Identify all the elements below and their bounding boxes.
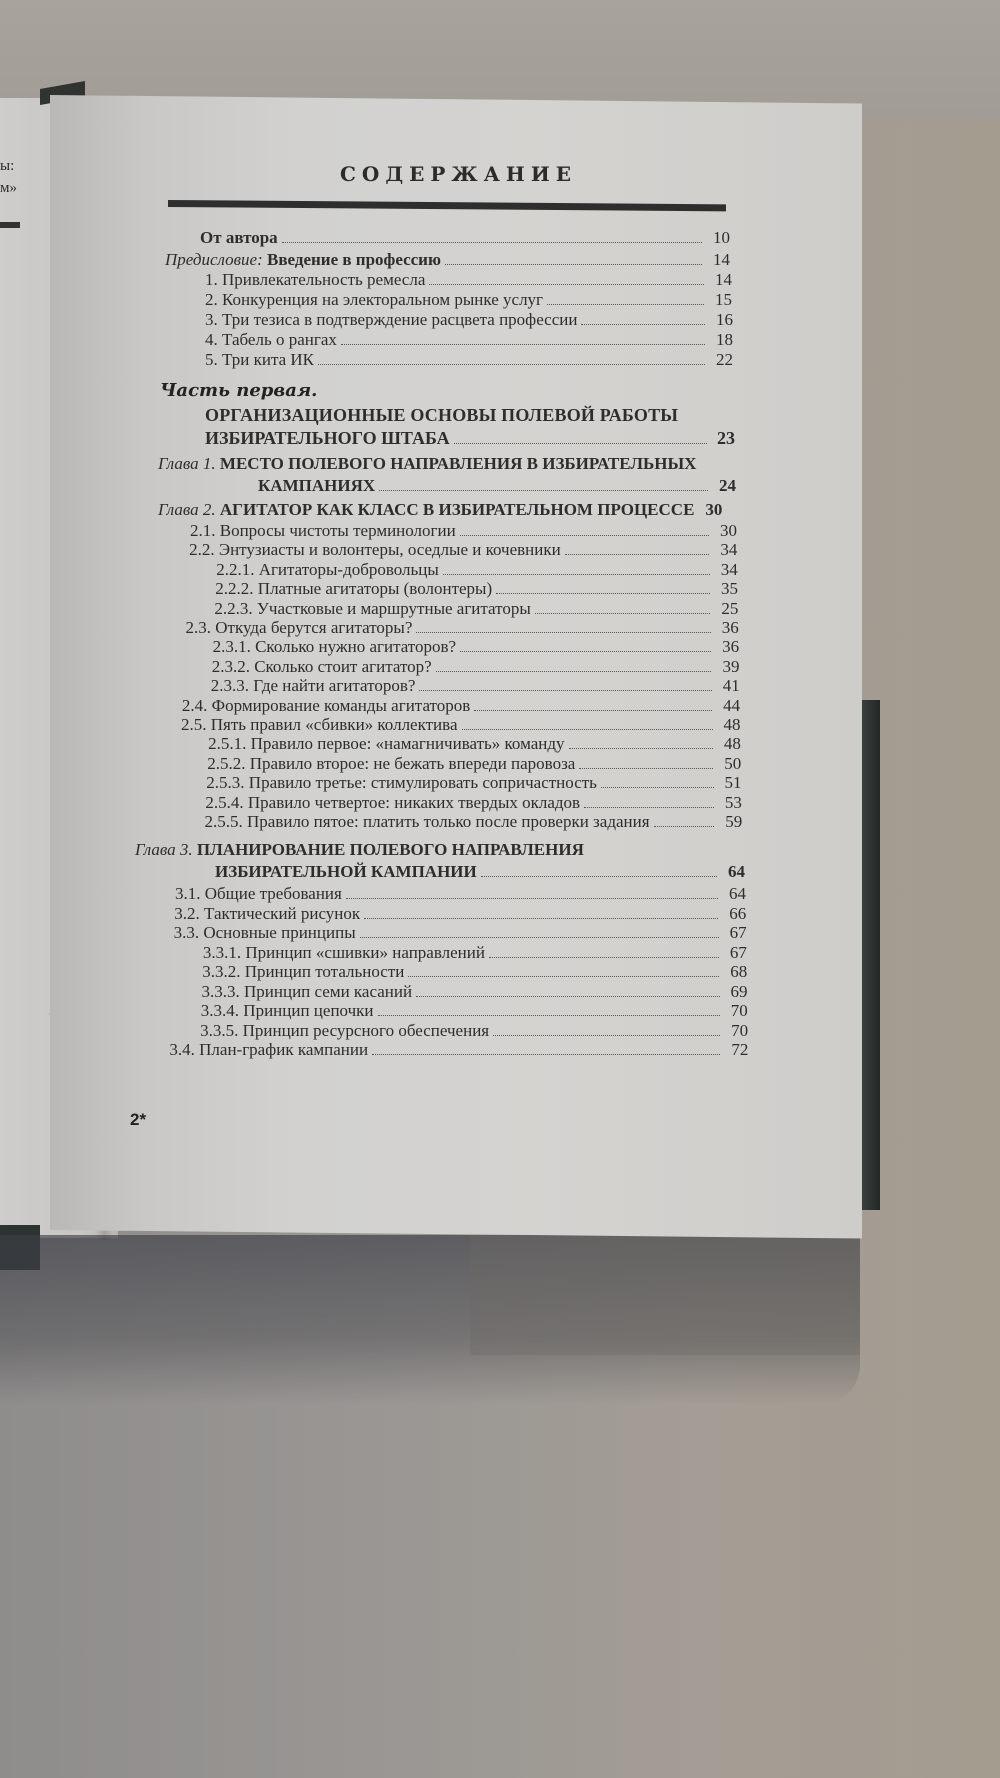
dot-leader: [460, 651, 711, 652]
toc-entry: 2.3.1. Сколько нужно агитаторов?36: [213, 637, 740, 657]
dot-leader: [584, 807, 714, 808]
toc-entry-label: 2.5.1. Правило первое: «намагничивать» к…: [208, 734, 564, 754]
toc-entry-label: 3.2. Тактический рисунок: [174, 904, 360, 924]
dot-leader: [443, 574, 710, 575]
part-label: Часть первая.: [160, 380, 317, 401]
toc-entry-page: 64: [721, 862, 745, 882]
toc-entry: Предисловие: Введение в профессию 14: [165, 250, 730, 270]
toc-entry-page: 30: [698, 500, 722, 520]
part-title-entry: ИЗБИРАТЕЛЬНОГО ШТАБА 23: [205, 428, 735, 448]
left-page-fragment: м»: [0, 180, 17, 197]
toc-entry: 3.3. Основные принципы67: [174, 923, 747, 943]
toc-entry-label: 2.3. Откуда берутся агитаторы?: [186, 618, 413, 638]
dot-leader: [436, 671, 712, 672]
toc-entry-page: 34: [713, 540, 737, 560]
dot-leader: [581, 324, 705, 325]
page-marker: 2*: [130, 1110, 146, 1130]
toc-entry: 2.3.3. Где найти агитаторов?41: [211, 676, 740, 696]
toc-entry: 2. Конкуренция на электоральном рынке ус…: [205, 290, 732, 310]
toc-entry-page: 70: [724, 1021, 748, 1041]
toc-entry: 2.5.1. Правило первое: «намагничивать» к…: [208, 734, 741, 754]
toc-entry-page: 24: [712, 476, 736, 496]
toc-entry: От автора 10: [200, 228, 730, 248]
dot-leader: [372, 1054, 720, 1055]
toc-entry-page: 51: [718, 773, 742, 793]
toc-entry-page: 36: [715, 637, 739, 657]
dot-leader: [601, 787, 714, 788]
dot-leader: [408, 976, 719, 977]
toc-entry-label: 3.1. Общие требования: [175, 884, 342, 904]
toc-entry-label: 2.3.1. Сколько нужно агитаторов?: [213, 637, 457, 657]
dot-leader: [419, 690, 711, 691]
book-cover-edge: [860, 700, 880, 1210]
chapter-prefix: Глава 1.: [158, 454, 216, 474]
toc-entry-label: 2.5. Пять правил «сбивки» коллектива: [181, 715, 458, 735]
toc-entry-page: 34: [714, 560, 738, 580]
toc-entry: 5. Три кита ИК 22: [205, 350, 733, 370]
toc-entry: 2.5.2. Правило второе: не бежать впереди…: [207, 754, 741, 774]
toc-entry-page: 68: [723, 962, 747, 982]
toc-entry: 2.5.3. Правило третье: стимулировать соп…: [206, 773, 741, 793]
toc-entry-label: 5. Три кита ИК: [205, 350, 314, 370]
toc-entry: 3.2. Тактический рисунок66: [174, 904, 746, 924]
toc-entry-label: 3.4. План-график кампании: [169, 1040, 368, 1060]
dot-leader: [489, 957, 719, 958]
toc-entry-page: 72: [724, 1040, 748, 1060]
toc-entry: 2.3. Откуда берутся агитаторы?36: [186, 618, 739, 638]
toc-entry-page: 70: [724, 1001, 748, 1021]
toc-entry-label: 2.2.1. Агитаторы-добровольцы: [216, 560, 439, 580]
toc-entry-page: 22: [709, 350, 733, 370]
toc-entry: 3.1. Общие требования64: [175, 884, 746, 904]
toc-entry-page: 25: [714, 599, 738, 619]
part-title-line: ИЗБИРАТЕЛЬНОГО ШТАБА: [205, 428, 450, 448]
toc-entry: 2.2. Энтузиасты и волонтеры, оседлые и к…: [189, 540, 737, 560]
chapter-heading: Глава 2. АГИТАТОР КАК КЛАСС В ИЗБИРАТЕЛЬ…: [158, 500, 738, 520]
toc-entry-page: 69: [724, 982, 748, 1002]
toc-entry: 3.3.3. Принцип семи касаний69: [202, 982, 748, 1002]
toc-entry: 1. Привлекательность ремесла 14: [205, 270, 732, 290]
toc-entry-page: 23: [711, 428, 735, 448]
toc-entry-label: 2.5.5. Правило пятое: платить только пос…: [205, 812, 650, 832]
book-shadow: [470, 1235, 860, 1355]
dot-leader: [474, 710, 712, 711]
dot-leader: [569, 748, 713, 749]
toc-entry-page: 48: [717, 734, 741, 754]
chapter-heading: Глава 1. МЕСТО ПОЛЕВОГО НАПРАВЛЕНИЯ В ИЗ…: [158, 454, 696, 474]
dot-leader: [341, 344, 705, 345]
toc-entry-label: 1. Привлекательность ремесла: [205, 270, 425, 290]
dot-leader: [493, 1035, 720, 1036]
toc-entry-label: 2.1. Вопросы чистоты терминологии: [190, 521, 456, 541]
dot-leader: [445, 264, 702, 265]
chapter-title-entry: КАМПАНИЯХ 24: [258, 476, 736, 496]
toc-entry: 3.3.4. Принцип цепочки70: [201, 1001, 748, 1021]
chapter-title-entry: ИЗБИРАТЕЛЬНОЙ КАМПАНИИ 64: [215, 862, 745, 882]
toc-entry: 3.4. План-график кампании72: [169, 1040, 748, 1060]
toc-entry: 2.2.3. Участковые и маршрутные агитаторы…: [214, 599, 738, 619]
dot-leader: [318, 364, 705, 365]
toc-entry-page: 67: [723, 923, 747, 943]
toc-entry-page: 66: [722, 904, 746, 924]
chapter-title-line: КАМПАНИЯХ: [258, 476, 375, 496]
toc-entry-page: 59: [718, 812, 742, 832]
dot-leader: [654, 826, 715, 827]
toc-entry-page: 44: [716, 696, 740, 716]
toc-entry: 3. Три тезиса в подтверждение расцвета п…: [205, 310, 733, 330]
dot-leader: [416, 632, 710, 633]
toc-entry-prefix: Предисловие:: [165, 250, 263, 270]
left-page-fragment: ы:: [0, 158, 14, 175]
toc-entry-label: 2.4. Формирование команды агитаторов: [182, 696, 470, 716]
dot-leader: [547, 304, 704, 305]
dot-leader: [416, 996, 719, 997]
toc-entry-label: 3.3.2. Принцип тотальности: [202, 962, 404, 982]
dot-leader: [429, 284, 704, 285]
dot-leader: [378, 1015, 720, 1016]
toc-entry-label: 3. Три тезиса в подтверждение расцвета п…: [205, 310, 577, 330]
toc-entry: 4. Табель о рангах 18: [205, 330, 733, 350]
toc-entry-page: 50: [717, 754, 741, 774]
dot-leader: [379, 490, 708, 491]
toc-entry: 3.3.2. Принцип тотальности68: [202, 962, 747, 982]
dot-leader: [462, 729, 713, 730]
dot-leader: [565, 554, 710, 555]
toc-entry-label: 2.2.3. Участковые и маршрутные агитаторы: [214, 599, 530, 619]
dot-leader: [460, 535, 709, 536]
toc-entry-label: 2.5.2. Правило второе: не бежать впереди…: [207, 754, 575, 774]
dot-leader: [360, 937, 719, 938]
toc-entry: 2.5.4. Правило четвертое: никаких тверды…: [205, 793, 742, 813]
toc-entry-label: 2. Конкуренция на электоральном рынке ус…: [205, 290, 543, 310]
part-title-line: ОРГАНИЗАЦИОННЫЕ ОСНОВЫ ПОЛЕВОЙ РАБОТЫ: [205, 405, 678, 425]
chapter-title-line: ИЗБИРАТЕЛЬНОЙ КАМПАНИИ: [215, 862, 477, 882]
toc-entry-page: 39: [715, 657, 739, 677]
toc-entry-label: 3.3.3. Принцип семи касаний: [202, 982, 413, 1002]
toc-entry-page: 18: [709, 330, 733, 350]
toc-entry: 2.5. Пять правил «сбивки» коллектива48: [181, 715, 741, 735]
toc-entry-page: 67: [723, 943, 747, 963]
toc-entry: 2.1. Вопросы чистоты терминологии30: [190, 521, 737, 541]
toc-entry-label: 2.3.3. Где найти агитаторов?: [211, 676, 416, 696]
chapter-title: АГИТАТОР КАК КЛАСС В ИЗБИРАТЕЛЬНОМ ПРОЦЕ…: [220, 500, 695, 520]
toc-entry: 2.4. Формирование команды агитаторов44: [182, 696, 740, 716]
chapter-prefix: Глава 3.: [135, 840, 193, 860]
toc-entry-page: 35: [714, 579, 738, 599]
toc-entry-page: 36: [715, 618, 739, 638]
toc-entry: 3.3.5. Принцип ресурсного обеспечения70: [200, 1021, 748, 1041]
toc-entry-page: 14: [706, 250, 730, 270]
toc-entry-label: 3.3.4. Принцип цепочки: [201, 1001, 374, 1021]
dot-leader: [535, 613, 711, 614]
chapter-title-line: МЕСТО ПОЛЕВОГО НАПРАВЛЕНИЯ В ИЗБИРАТЕЛЬН…: [220, 454, 697, 474]
toc-entry: 2.5.5. Правило пятое: платить только пос…: [205, 812, 743, 832]
toc-entry-label: 2.3.2. Сколько стоит агитатор?: [212, 657, 432, 677]
toc-entry-page: 30: [713, 521, 737, 541]
chapter-heading: Глава 3. ПЛАНИРОВАНИЕ ПОЛЕВОГО НАПРАВЛЕН…: [135, 840, 584, 860]
toc-entry-page: 10: [706, 228, 730, 248]
toc-entry-page: 48: [717, 715, 741, 735]
toc-entry-label: 2.2. Энтузиасты и волонтеры, оседлые и к…: [189, 540, 561, 560]
toc-entry-label: 2.5.4. Правило четвертое: никаких тверды…: [205, 793, 580, 813]
toc-entry-page: 15: [708, 290, 732, 310]
toc-entry: 2.3.2. Сколько стоит агитатор?39: [212, 657, 740, 677]
dot-leader: [282, 242, 702, 243]
toc-entry-label: 2.2.2. Платные агитаторы (волонтеры): [215, 579, 492, 599]
dot-leader: [496, 593, 710, 594]
toc-entry-label: 3.3.5. Принцип ресурсного обеспечения: [200, 1021, 489, 1041]
toc-entry-label: От автора: [200, 228, 278, 248]
toc-entry-label: 4. Табель о рангах: [205, 330, 337, 350]
chapter-prefix: Глава 2.: [158, 500, 216, 520]
toc-entry-page: 14: [708, 270, 732, 290]
dot-leader: [346, 898, 718, 899]
page-title: СОДЕРЖАНИЕ: [340, 162, 577, 186]
toc-entry-label: Введение в профессию: [267, 250, 441, 270]
chapter-title-line: ПЛАНИРОВАНИЕ ПОЛЕВОГО НАПРАВЛЕНИЯ: [197, 840, 584, 860]
toc-entry-page: 64: [722, 884, 746, 904]
left-page-rule: [0, 222, 20, 228]
dot-leader: [454, 443, 707, 444]
dot-leader: [579, 768, 713, 769]
toc-entry-label: 3.3. Основные принципы: [174, 923, 356, 943]
dot-leader: [364, 918, 718, 919]
toc-entry-page: 53: [718, 793, 742, 813]
toc-entry-label: 2.5.3. Правило третье: стимулировать соп…: [206, 773, 597, 793]
toc-entry: 2.2.2. Платные агитаторы (волонтеры)35: [215, 579, 738, 599]
dot-leader: [481, 876, 717, 877]
toc-entry-label: 3.3.1. Принцип «сшивки» направлений: [203, 943, 485, 963]
toc-entry: 2.2.1. Агитаторы-добровольцы34: [216, 560, 738, 580]
toc-entry: 3.3.1. Принцип «сшивки» направлений67: [203, 943, 747, 963]
toc-entry-page: 41: [716, 676, 740, 696]
toc-entry-page: 16: [709, 310, 733, 330]
